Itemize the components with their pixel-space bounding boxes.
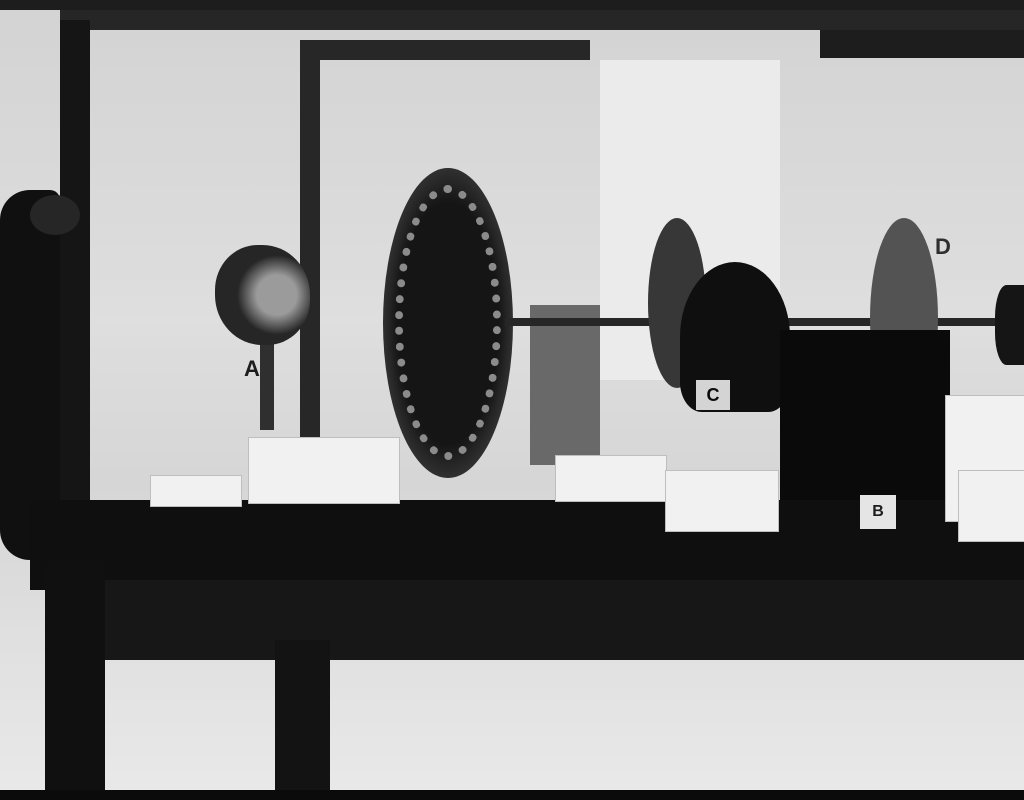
placard (150, 475, 242, 507)
label-b: B (860, 495, 896, 529)
photograph: A C D B (0, 0, 1024, 800)
top-border (0, 0, 1024, 10)
placard (248, 437, 400, 504)
ventriloquist-dummy-head (215, 245, 310, 345)
lamp-box (530, 305, 600, 465)
placard (665, 470, 779, 532)
dummy-stand (260, 340, 274, 430)
label-a: A (244, 356, 260, 382)
bottom-border (0, 790, 1024, 800)
window-frame-top (60, 10, 1024, 30)
placard (555, 455, 667, 502)
disc-apertures (395, 185, 501, 460)
machine-housing (780, 330, 950, 520)
table-leg-middle (275, 640, 330, 800)
label-d: D (935, 234, 951, 260)
background-window (820, 30, 1024, 58)
hand (30, 195, 80, 235)
label-c: C (696, 380, 730, 410)
table-apron (80, 580, 1024, 660)
table-leg-left (45, 560, 105, 800)
right-component (995, 285, 1024, 365)
placard (958, 470, 1024, 542)
